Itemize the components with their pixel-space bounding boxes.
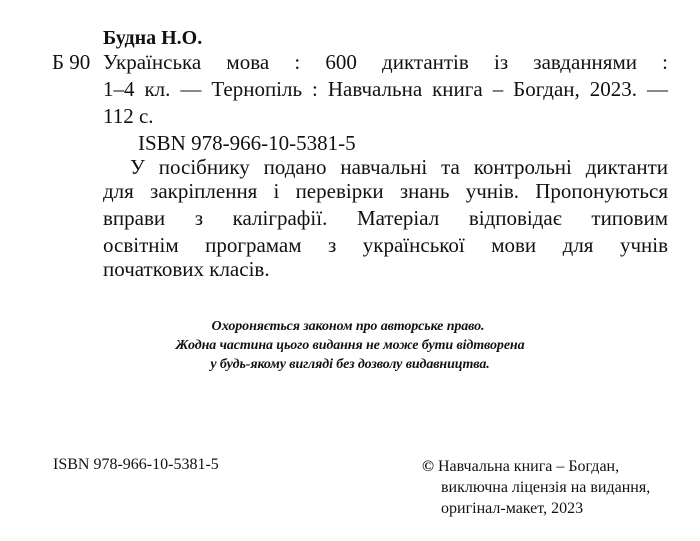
notice-line: Жодна частина цього видання не може бути…: [0, 338, 700, 354]
title-line: 112 с.: [103, 104, 668, 129]
annotation-line: для закріплення і перевірки знань учнів.…: [103, 179, 668, 204]
annotation-line: початкових класів.: [103, 257, 668, 282]
copyright-line: © Навчальна книга – Богдан,: [422, 456, 650, 477]
copyright-line: виключна ліцензія на видання,: [422, 477, 650, 498]
copyright-text: Навчальна книга – Богдан,: [438, 458, 619, 475]
annotation-line: У посібнику подано навчальні та контроль…: [130, 155, 668, 180]
isbn: ISBN 978-966-10-5381-5: [138, 131, 356, 156]
notice-line: Охороняється законом про авторське право…: [0, 319, 698, 335]
title-line: 1–4 кл. — Тернопіль : Навчальна книга – …: [103, 77, 668, 102]
author-name: Будна Н.О.: [103, 27, 202, 50]
footer-isbn: ISBN 978-966-10-5381-5: [53, 456, 219, 474]
notice-line: у будь-якому вигляді без дозволу видавни…: [0, 357, 700, 373]
footer-copyright: © Навчальна книга – Богдан, виключна ліц…: [422, 456, 650, 519]
annotation-line: освітнім програмам з української мови дл…: [103, 233, 668, 258]
annotation-line: вправи з каліграфії. Матеріал відповідає…: [103, 206, 668, 231]
title-line: Українська мова : 600 диктантів із завда…: [103, 50, 668, 75]
copyright-icon: ©: [422, 458, 434, 475]
copyright-line: оригінал-макет, 2023: [422, 498, 650, 519]
classification-code: Б 90: [52, 50, 90, 75]
